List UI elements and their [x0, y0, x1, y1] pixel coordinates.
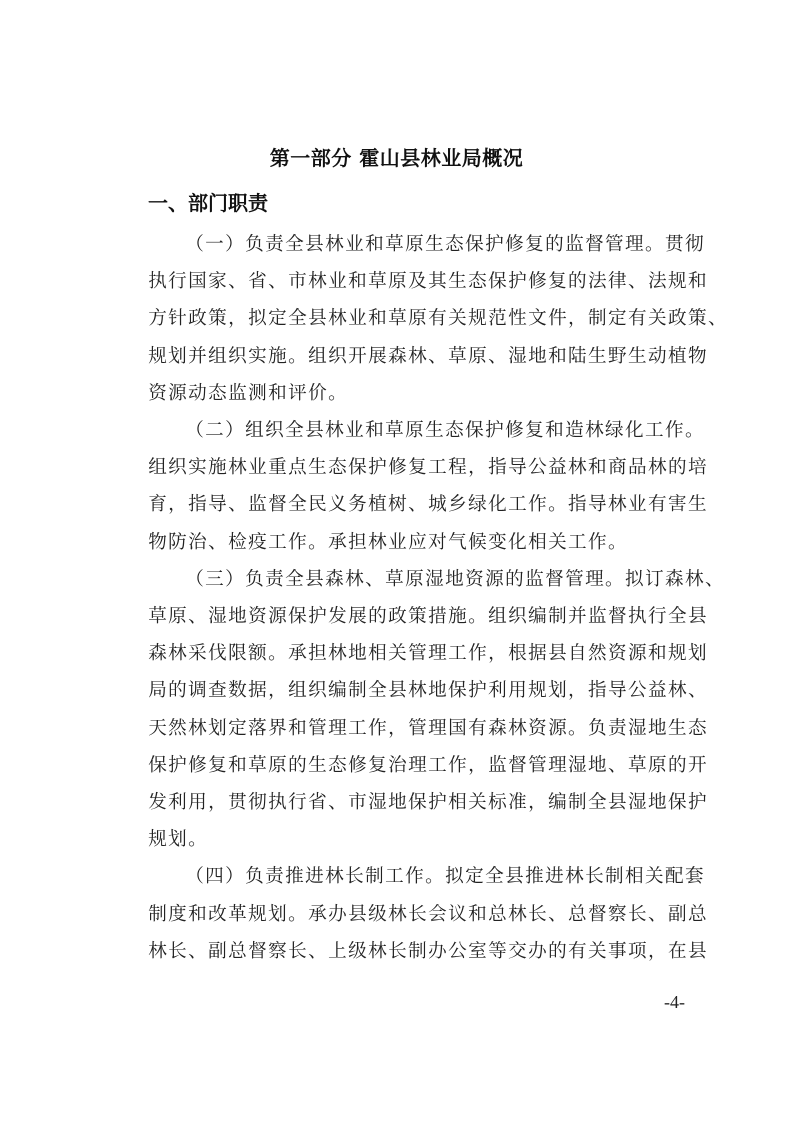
paragraph-line: 执行国家、省、市林业和草原及其生态保护修复的法律、法规和: [111, 263, 693, 300]
paragraph-line: （四）负责推进林长制工作。拟定全县推进林长制相关配套: [111, 858, 693, 895]
document-title: 第一部分 霍山县林业局概况: [0, 143, 793, 173]
paragraph-3: （三）负责全县森林、草原湿地资源的监督管理。拟订森林、 草原、湿地资源保护发展的…: [111, 561, 693, 859]
paragraph-2: （二）组织全县林业和草原生态保护修复和造林绿化工作。 组织实施林业重点生态保护修…: [111, 412, 693, 561]
paragraph-line: （一）负责全县林业和草原生态保护修复的监督管理。贯彻: [111, 226, 693, 263]
page-number: -4-: [664, 990, 685, 1014]
paragraph-line: 组织实施林业重点生态保护修复工程，指导公益林和商品林的培: [111, 449, 693, 486]
paragraph-line: 草原、湿地资源保护发展的政策措施。组织编制并监督执行全县: [111, 598, 693, 635]
paragraph-line: 物防治、检疫工作。承担林业应对气候变化相关工作。: [111, 524, 693, 561]
paragraph-line: 林长、副总督察长、上级林长制办公室等交办的有关事项，在县: [111, 933, 693, 970]
section-heading: 一、部门职责: [148, 188, 268, 218]
paragraph-line: 资源动态监测和评价。: [111, 375, 693, 412]
paragraph-line: 天然林划定落界和管理工作，管理国有森林资源。负责湿地生态: [111, 710, 693, 747]
paragraph-line: 局的调查数据，组织编制全县林地保护利用规划，指导公益林、: [111, 672, 693, 709]
paragraph-line: 发利用，贯彻执行省、市湿地保护相关标准，编制全县湿地保护: [111, 784, 693, 821]
document-body: （一）负责全县林业和草原生态保护修复的监督管理。贯彻 执行国家、省、市林业和草原…: [111, 226, 693, 970]
paragraph-line: （三）负责全县森林、草原湿地资源的监督管理。拟订森林、: [111, 561, 693, 598]
paragraph-line: 保护修复和草原的生态修复治理工作，监督管理湿地、草原的开: [111, 747, 693, 784]
paragraph-line: 森林采伐限额。承担林地相关管理工作，根据县自然资源和规划: [111, 635, 693, 672]
document-page: 第一部分 霍山县林业局概况 一、部门职责 （一）负责全县林业和草原生态保护修复的…: [0, 0, 793, 1122]
paragraph-line: （二）组织全县林业和草原生态保护修复和造林绿化工作。: [111, 412, 693, 449]
paragraph-line: 育，指导、监督全民义务植树、城乡绿化工作。指导林业有害生: [111, 486, 693, 523]
paragraph-1: （一）负责全县林业和草原生态保护修复的监督管理。贯彻 执行国家、省、市林业和草原…: [111, 226, 693, 412]
paragraph-4: （四）负责推进林长制工作。拟定全县推进林长制相关配套 制度和改革规划。承办县级林…: [111, 858, 693, 970]
paragraph-line: 方针政策，拟定全县林业和草原有关规范性文件，制定有关政策、: [111, 300, 693, 337]
paragraph-line: 制度和改革规划。承办县级林长会议和总林长、总督察长、副总: [111, 896, 693, 933]
paragraph-line: 规划并组织实施。组织开展森林、草原、湿地和陆生野生动植物: [111, 338, 693, 375]
paragraph-line: 规划。: [111, 821, 693, 858]
